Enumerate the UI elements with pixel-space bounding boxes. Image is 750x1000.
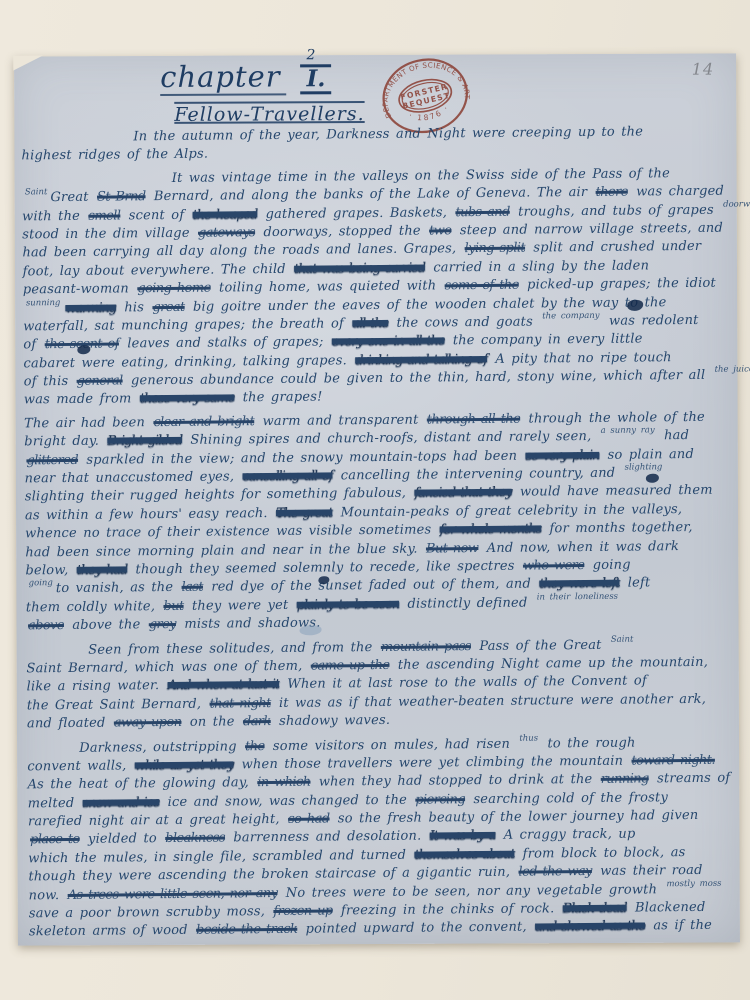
deleted-text: mountain pass (381, 639, 471, 655)
interlinear-insertion: sunning (26, 298, 61, 308)
manuscript-text: was charged (630, 184, 724, 200)
manuscript-text: as within a few hours' easy reach. (25, 506, 274, 523)
manuscript-text: his (118, 300, 151, 315)
manuscript-photo: { "page": { "number": "14", "ink_color":… (0, 0, 750, 1000)
manuscript-text: going (586, 558, 630, 573)
deleted-text: came up the (311, 658, 390, 674)
manuscript-text: Blackened (629, 900, 706, 916)
interlinear-insertion: going (29, 578, 53, 588)
manuscript-text: Darkness, outstripping (79, 739, 243, 756)
deleted-text: And when at last it (168, 677, 280, 693)
manuscript-text: skeleton arms of wood (29, 923, 194, 940)
manuscript-text: barrenness and desolation. (227, 829, 428, 846)
manuscript-text: which the mules, in single file, scrambl… (28, 848, 412, 867)
deleted-text: But now (426, 541, 479, 557)
manuscript-text: sparkled in the view; and the snowy moun… (80, 448, 524, 467)
manuscript-text: of (23, 338, 43, 353)
deleted-text: for whole months (440, 522, 542, 538)
manuscript-text: scent of (122, 207, 190, 223)
manuscript-text: generous abundance could be given to the… (125, 368, 712, 389)
interlinear-insertion: mostly moss (666, 878, 721, 889)
deleted-text: great (152, 299, 184, 314)
manuscript-text: was their road (594, 863, 703, 879)
manuscript-text: troughs, and tubs of grapes (512, 202, 721, 219)
deleted-text: and shewed as tho (535, 919, 645, 935)
deleted-text: in which (257, 775, 310, 791)
manuscript-text: yielded to (82, 832, 164, 848)
deleted-text: glittered (26, 453, 78, 468)
deleted-text: Black dead (563, 901, 627, 917)
manuscript-line: highest ridges of the Alps. (21, 141, 727, 166)
manuscript-text: now. (29, 888, 66, 903)
deleted-text: that was being carried (294, 260, 425, 276)
deleted-text: It was by a (430, 828, 496, 844)
manuscript-text: A pity that no ripe touch (489, 350, 672, 367)
interlinear-insertion: doorways (723, 199, 750, 209)
manuscript-text: As the heat of the glowing day, (27, 775, 255, 792)
deleted-text: toward night. (631, 753, 715, 769)
numeral-revision: 2 (306, 47, 315, 63)
deleted-text: clear and bright (153, 414, 254, 430)
manuscript-text: cabaret were eating, drinking, talking g… (23, 353, 353, 371)
manuscript-text: the company in every little (446, 332, 642, 349)
manuscript-text: It was vintage time in the valleys on th… (172, 166, 670, 186)
manuscript-text: save a poor brown scrubby moss, (29, 904, 272, 921)
interlinear-insertion: the company (542, 311, 599, 322)
manuscript-text: steep and narrow village streets, and (453, 221, 723, 239)
manuscript-text: split and crushed under (527, 239, 701, 256)
manuscript-text: the grapes! (236, 390, 322, 406)
deleted-text: who were (523, 558, 585, 574)
manuscript-text: was made from (24, 392, 138, 408)
manuscript-text: above the (66, 617, 147, 633)
manuscript-text: whence no trace of their existence was v… (25, 523, 438, 542)
deleted-text: piercing (415, 792, 465, 807)
manuscript-text: In the autumn of the year, Darkness and … (133, 124, 643, 144)
interlinear-insertion: a sunny ray (601, 426, 655, 437)
deleted-text: there (596, 185, 628, 200)
manuscript-text: below, (25, 563, 74, 578)
manuscript-text: like a rising water. (27, 678, 166, 694)
manuscript-text: leaves and stalks of grapes; (121, 335, 330, 352)
manuscript-paper: 14 DEPARTMENT OF SCIENCE & ART · 1876 · … (14, 53, 740, 945)
manuscript-text: through the whole of the (522, 410, 705, 427)
deleted-text: led the way (518, 864, 592, 880)
deleted-text: As trees were little seen, nor any (68, 886, 278, 903)
deleted-text: two (429, 223, 452, 238)
manuscript-text: to the rough (541, 735, 636, 751)
manuscript-text: Great (50, 190, 95, 205)
manuscript-text: A craggy track, up (497, 827, 635, 843)
deleted-text: plainly to be seen (297, 597, 399, 613)
chapter-numeral: I. (301, 64, 332, 94)
interlinear-insertion: Saint (25, 187, 48, 197)
deleted-text: away upon (114, 715, 182, 731)
manuscript-text: Pass of the Great (473, 637, 608, 653)
interlinear-insertion: slighting (625, 462, 663, 472)
manuscript-text: No trees were to be seen, nor any vegeta… (279, 882, 663, 901)
deleted-text: St Brnd (97, 189, 146, 204)
manuscript-text: The air had been (24, 415, 151, 431)
deleted-text: while as yet they (135, 757, 234, 773)
manuscript-text: to vanish, as the (56, 580, 180, 596)
manuscript-text: melted (28, 796, 81, 812)
manuscript-text: red dye of the sunset faded out of them,… (205, 577, 537, 595)
manuscript-text: searching cold of the frosty (467, 790, 668, 807)
deleted-text: smell (88, 208, 120, 223)
manuscript-text: picked-up grapes; the idiot (521, 276, 716, 293)
manuscript-text: carried in a sling by the laden (427, 258, 649, 275)
interlinear-insertion: thus (519, 733, 538, 743)
manuscript-text: doorways, stopped the (257, 223, 427, 240)
manuscript-text: Shining spires and church-roofs, distant… (184, 429, 598, 448)
manuscript-text: convent walls, (27, 758, 133, 774)
deleted-text: Bright gilded (107, 433, 182, 449)
deleted-text: place to (30, 832, 80, 847)
manuscript-text: had (658, 428, 690, 443)
deleted-text: gateways (198, 225, 255, 241)
deleted-text: beside the track (196, 922, 297, 938)
manuscript-text: with the (22, 208, 86, 224)
manuscript-text: gathered grapes. Baskets, (259, 205, 453, 222)
manuscript-text: freezing in the chinks of rock. (335, 901, 561, 918)
manuscript-text: distinctly defined (401, 595, 534, 611)
manuscript-text: ice and snow, was changed to the (161, 792, 413, 809)
manuscript-text: some visitors on mules, had risen (266, 736, 516, 753)
manuscript-text: when those travellers were yet climbing … (235, 753, 629, 772)
deleted-text: these very same (140, 391, 235, 407)
manuscript-text: and floated (27, 716, 112, 732)
manuscript-text: left (621, 576, 650, 591)
manuscript-text: Saint Bernard, which was one of them, (26, 659, 308, 677)
chapter-heading: chapter2I. Fellow-Travellers. (160, 59, 480, 126)
deleted-text: general (77, 374, 123, 389)
manuscript-text: Seen from these solitudes, and from the (88, 640, 379, 658)
deleted-text: themselves about (414, 847, 514, 863)
deleted-text: that night (209, 696, 270, 712)
manuscript-text: on the (183, 714, 241, 730)
manuscript-text: when they had stopped to drink at the (312, 772, 598, 790)
deleted-text: they had (77, 562, 128, 577)
deleted-text: the heaped (193, 207, 258, 223)
manuscript-text: had been since morning plain and near in… (25, 541, 424, 560)
manuscript-text: shadowy waves. (273, 713, 391, 729)
manuscript-text: Bernard, and along the banks of the Lake… (147, 185, 593, 204)
page-number: 14 (692, 60, 714, 79)
manuscript-text: peasant-woman (23, 281, 136, 297)
chapter-numeral-group: 2I. (301, 64, 332, 94)
deleted-text: cancelling all of (243, 468, 333, 484)
manuscript-text: bright day. (24, 434, 105, 450)
manuscript-text: the cows and goats (390, 314, 539, 330)
deleted-text: grey (149, 617, 176, 632)
manuscript-text: cancelling the intervening country, and (334, 466, 621, 484)
interlinear-insertion: Saint (611, 634, 634, 644)
deleted-text: tubs and (455, 204, 510, 220)
manuscript-text: for months together, (543, 520, 693, 536)
deleted-text: all the (352, 316, 388, 331)
manuscript-text: of this (24, 374, 75, 389)
deleted-text: the (245, 739, 265, 754)
deleted-text: warming (65, 300, 116, 315)
manuscript-text: the ascending Night came up the mountain… (391, 655, 708, 673)
manuscript-text: they were yet (186, 598, 295, 614)
manuscript-text: the Great Saint Bernard, (27, 696, 208, 713)
interlinear-insertion: in their loneliness (537, 591, 618, 602)
deleted-text: running (601, 772, 649, 787)
interlinear-insertion: the juice (715, 364, 750, 374)
manuscript-text: as if the (647, 918, 712, 934)
manuscript-text: stood in the dim village (22, 226, 196, 243)
manuscript-text: warm and transparent (256, 412, 425, 429)
chapter-word: chapter (160, 59, 287, 96)
deleted-text: fancied that they (414, 485, 511, 501)
deleted-text: going home (137, 281, 210, 297)
manuscript-text: though they seemed solemnly to recede, l… (129, 559, 521, 578)
manuscript-text: was redolent (603, 313, 699, 329)
deleted-text: they were left (539, 576, 619, 592)
manuscript-text: though they were ascending the broken st… (28, 865, 516, 885)
deleted-text: bleakness (165, 831, 225, 847)
manuscript-text: slighting their rugged heights for somet… (25, 486, 413, 505)
manuscript-text: foot, lay about everywhere. The child (23, 262, 293, 280)
deleted-text: lying split (465, 241, 526, 257)
manuscript-text: streams of (651, 771, 731, 787)
manuscript-text: pointed upward to the convent, (299, 920, 533, 937)
manuscript-text: highest ridges of the Alps. (21, 147, 208, 164)
manuscript-text: so the fresh beauty of the lower journey… (331, 808, 698, 827)
manuscript-text: it was as if that weather-beaten structu… (273, 692, 706, 711)
manuscript-text: rarefied night air at a great height, (28, 812, 286, 829)
manuscript-text: so plain and (601, 447, 694, 463)
manuscript-text: had been carrying all day along the road… (22, 242, 462, 261)
deleted-text: through all the (427, 411, 520, 427)
deleted-text: drinking and talking of (355, 352, 487, 368)
deleted-text: frozen up (273, 903, 332, 919)
manuscript-text: near that unaccustomed eyes, (25, 469, 241, 486)
manuscript-text: from block to block, as (516, 845, 685, 862)
manuscript-text: would have measured them (514, 483, 713, 500)
chapter-subtitle: Fellow-Travellers. (174, 103, 480, 126)
deleted-text: The great (276, 505, 332, 521)
deleted-text: so very plain (525, 448, 599, 464)
deleted-text: last (182, 580, 204, 595)
manuscript-text: waterfall, sat munching grapes; the brea… (23, 316, 350, 334)
deleted-text: but (163, 599, 183, 614)
deleted-text: every one in all the (332, 334, 445, 350)
deleted-text: dark (243, 714, 271, 729)
manuscript-text: Mountain-peaks of great celebrity in the… (334, 502, 682, 520)
manuscript-text: When it at last rose to the walls of the… (281, 674, 647, 693)
deleted-text: some of the (445, 278, 519, 294)
manuscript-text: them coldly white, (26, 599, 162, 615)
manuscript-text: And now, when it was dark (480, 539, 679, 556)
manuscript-text: toiling home, was quieted with (213, 278, 443, 295)
manuscript-lines: In the autumn of the year, Darkness and … (21, 123, 735, 943)
deleted-text: above (28, 618, 64, 633)
deleted-text: snow and ice (83, 795, 160, 811)
deleted-text: so had (288, 812, 330, 827)
